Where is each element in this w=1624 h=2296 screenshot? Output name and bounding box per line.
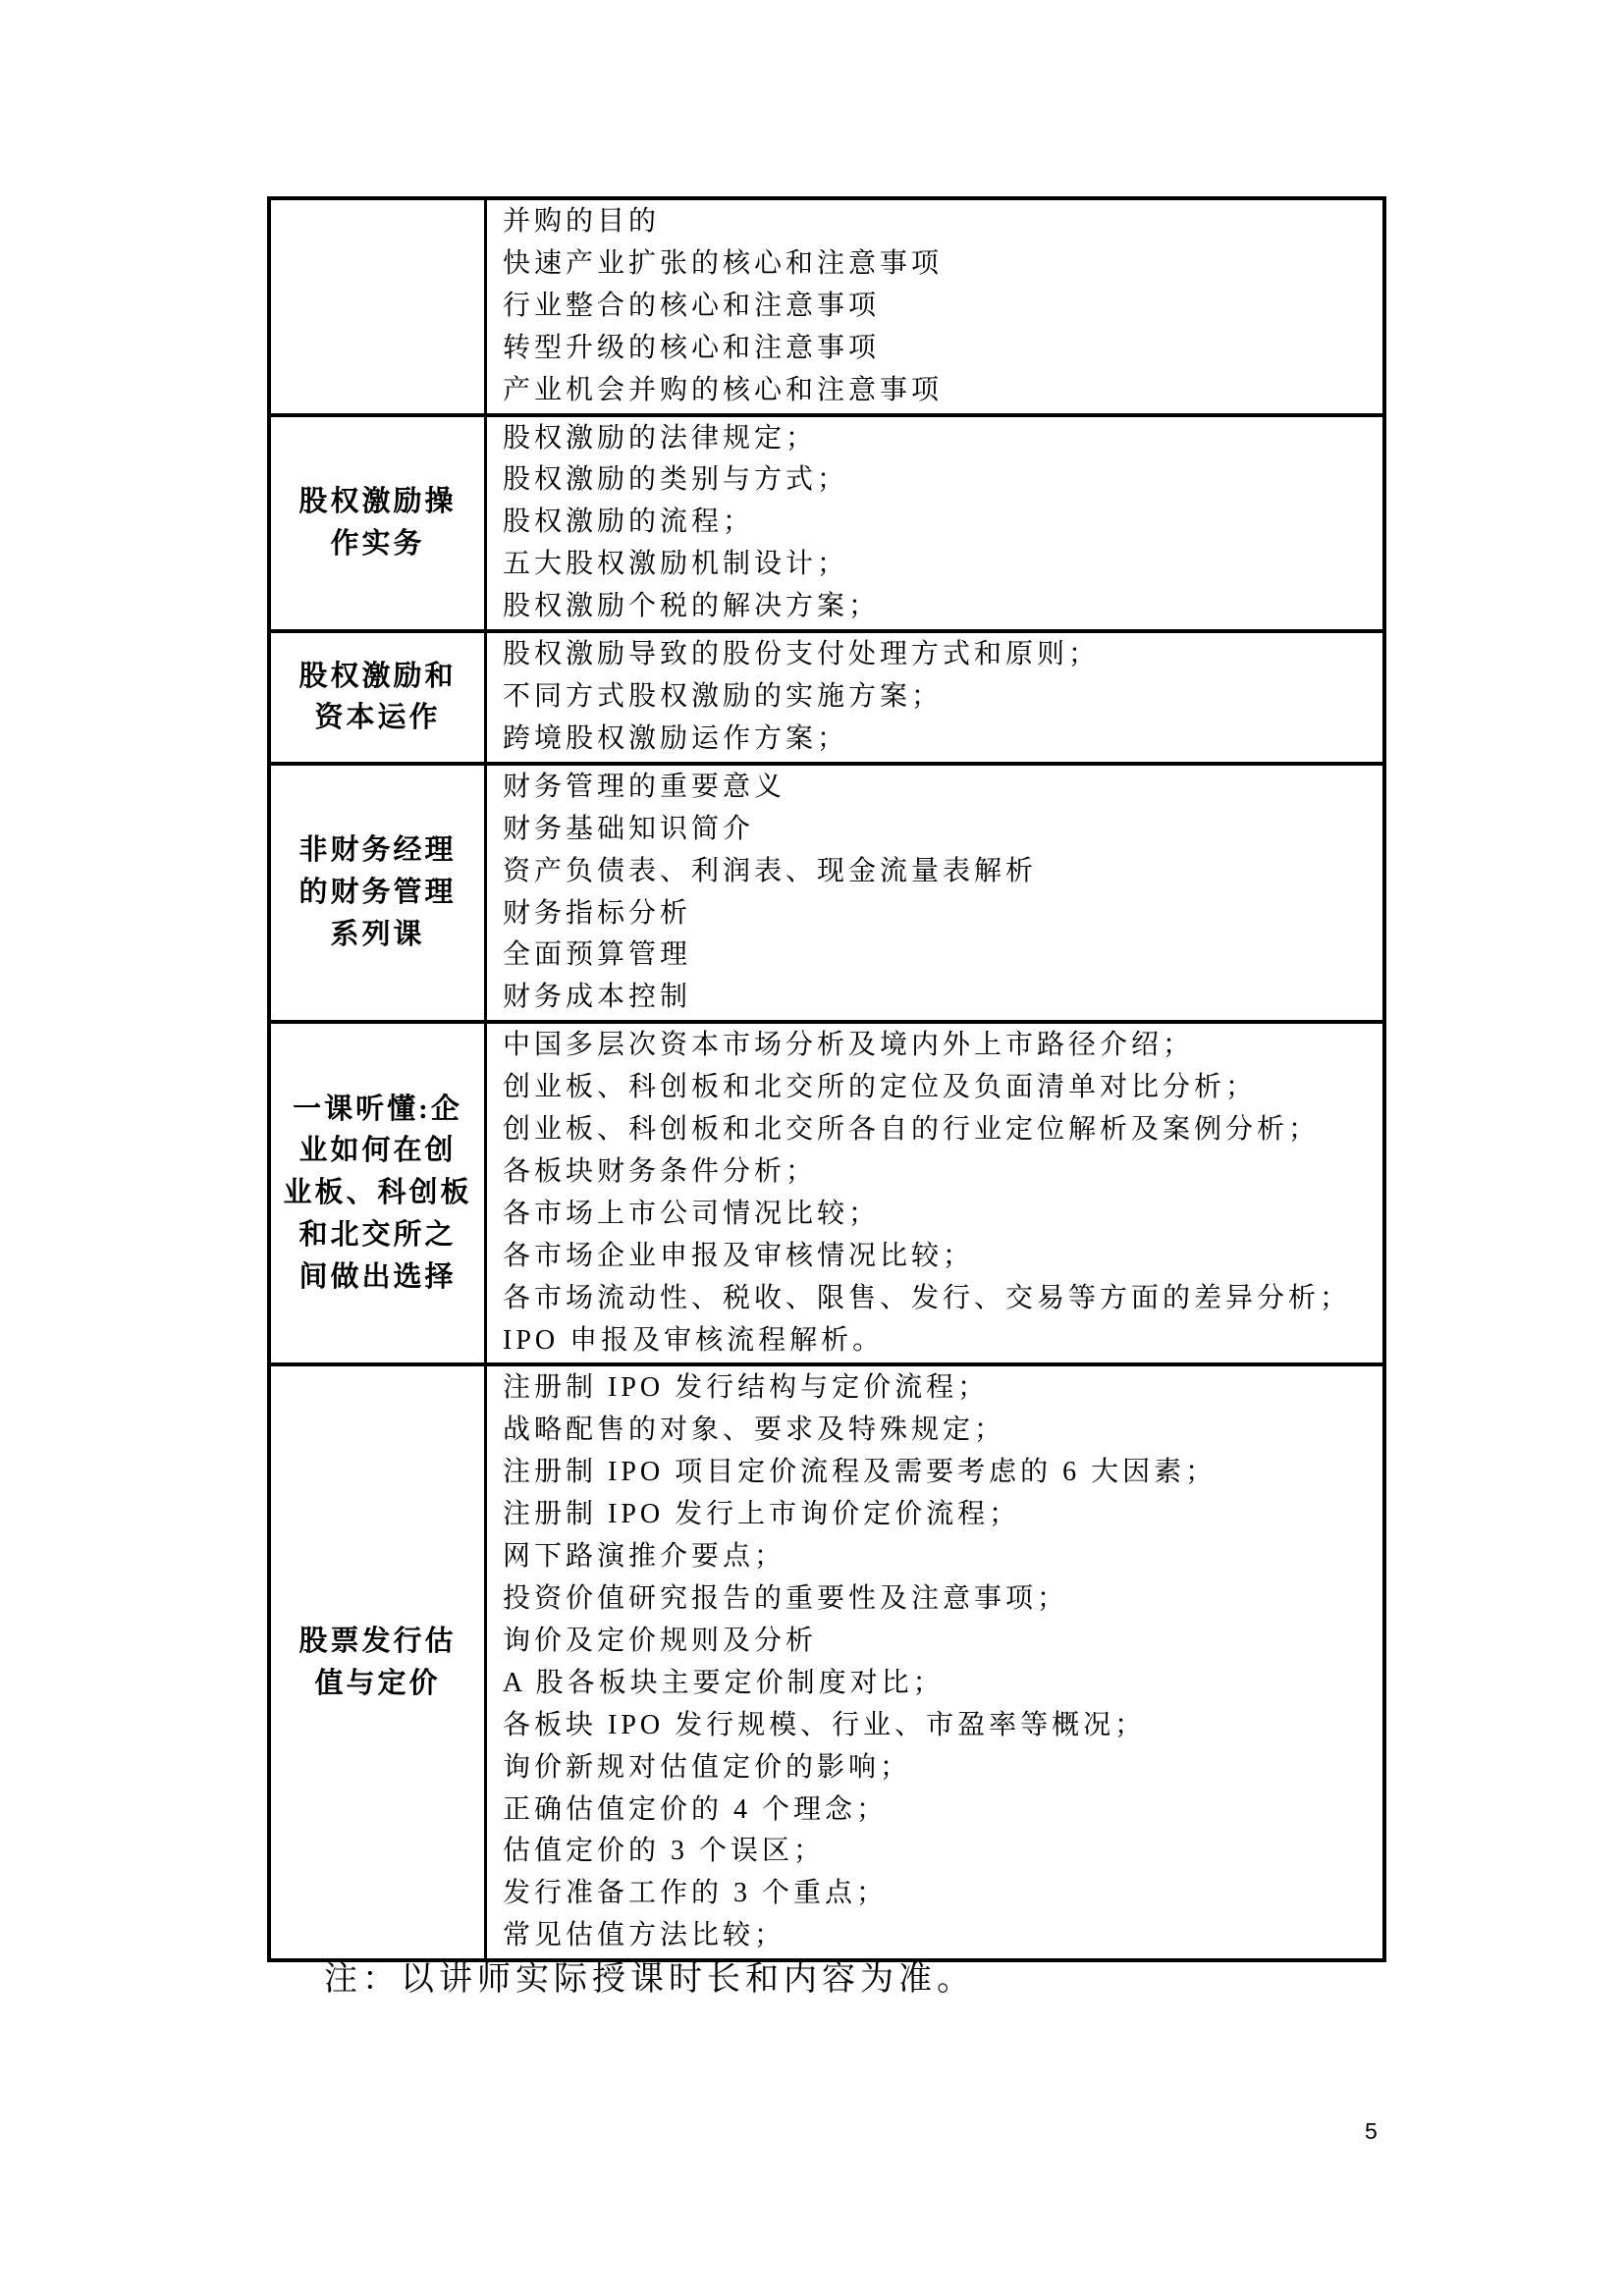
course-outline-table: 并购的目的 快速产业扩张的核心和注意事项 行业整合的核心和注意事项 转型升级的核… xyxy=(267,196,1386,1962)
table-row: 股权激励操 作实务 股权激励的法律规定； 股权激励的类别与方式； 股权激励的流程… xyxy=(269,415,1384,632)
course-category-cell: 一课听懂:企 业如何在创 业板、科创板 和北交所之 间做出选择 xyxy=(269,1022,486,1364)
course-content-cell: 中国多层次资本市场分析及境内外上市路径介绍； 创业板、科创板和北交所的定位及负面… xyxy=(486,1022,1385,1364)
course-content-cell: 股权激励导致的股份支付处理方式和原则； 不同方式股权激励的实施方案； 跨境股权激… xyxy=(486,631,1385,764)
course-category-cell: 非财务经理 的财务管理 系列课 xyxy=(269,764,486,1022)
course-table-body: 并购的目的 快速产业扩张的核心和注意事项 行业整合的核心和注意事项 转型升级的核… xyxy=(269,198,1384,1960)
table-row: 一课听懂:企 业如何在创 业板、科创板 和北交所之 间做出选择 中国多层次资本市… xyxy=(269,1022,1384,1364)
table-row: 并购的目的 快速产业扩张的核心和注意事项 行业整合的核心和注意事项 转型升级的核… xyxy=(269,198,1384,415)
table-row: 非财务经理 的财务管理 系列课 财务管理的重要意义 财务基础知识简介 资产负债表… xyxy=(269,764,1384,1022)
course-content-cell: 财务管理的重要意义 财务基础知识简介 资产负债表、利润表、现金流量表解析 财务指… xyxy=(486,764,1385,1022)
document-page: 并购的目的 快速产业扩张的核心和注意事项 行业整合的核心和注意事项 转型升级的核… xyxy=(0,0,1624,2296)
table-row: 股票发行估 值与定价 注册制 IPO 发行结构与定价流程； 战略配售的对象、要求… xyxy=(269,1364,1384,1960)
table-row: 股权激励和 资本运作 股权激励导致的股份支付处理方式和原则； 不同方式股权激励的… xyxy=(269,631,1384,764)
note-text: 注：以讲师实际授课时长和内容为准。 xyxy=(324,1951,975,2000)
course-content-cell: 股权激励的法律规定； 股权激励的类别与方式； 股权激励的流程； 五大股权激励机制… xyxy=(486,415,1385,632)
page-number: 5 xyxy=(1365,2118,1378,2145)
course-content-cell: 注册制 IPO 发行结构与定价流程； 战略配售的对象、要求及特殊规定； 注册制 … xyxy=(486,1364,1385,1960)
course-category-cell: 股票发行估 值与定价 xyxy=(269,1364,486,1960)
course-category-cell: 股权激励操 作实务 xyxy=(269,415,486,632)
course-category-cell: 股权激励和 资本运作 xyxy=(269,631,486,764)
course-category-cell xyxy=(269,198,486,415)
course-content-cell: 并购的目的 快速产业扩张的核心和注意事项 行业整合的核心和注意事项 转型升级的核… xyxy=(486,198,1385,415)
